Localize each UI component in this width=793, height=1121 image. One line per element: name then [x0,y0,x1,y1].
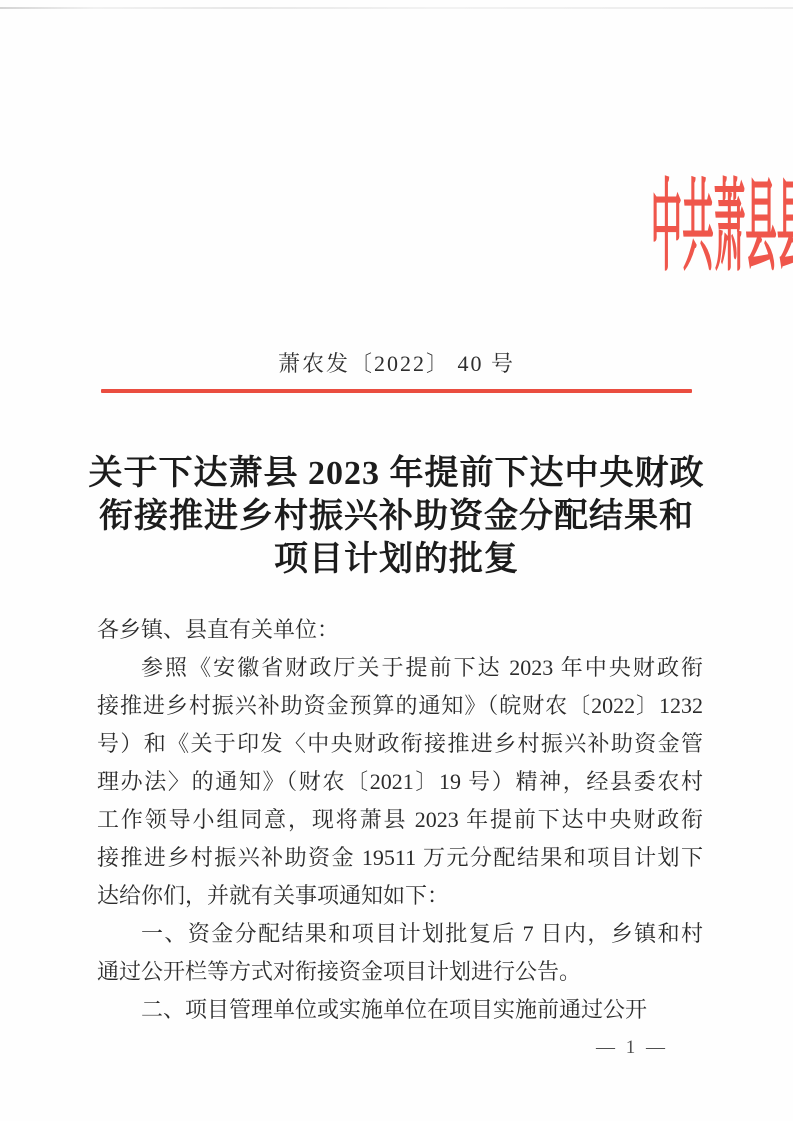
doc-title-line-2: 衔接推进乡村振兴补助资金分配结果和 [0,495,793,538]
doc-title-line-1: 关于下达萧县 2023 年提前下达中央财政 [0,452,793,495]
salutation-line: 各乡镇、县直有关单位： [97,611,703,649]
body-line-item-1: 一、资金分配结果和项目计划批复后 7 日内，乡镇和村 [97,915,703,953]
page-number: — 1 — [596,1036,668,1060]
red-divider-rule [101,389,692,393]
org-header-text: 中共萧县县委农村工作领导小组办公室文件 [651,178,793,278]
body-line-item-2: 二、项目管理单位或实施单位在项目实施前通过公开 [97,991,703,1029]
body-line: 达给你们，并就有关事项通知如下： [97,877,703,915]
scan-edge-artifact [0,7,793,9]
body-text: 各乡镇、县直有关单位： 参照《安徽省财政厅关于提前下达 2023 年中央财政衔 … [97,611,703,1029]
body-line: 号）和《关于印发〈中央财政衔接推进乡村振兴补助资金管 [97,725,703,763]
doc-title: 关于下达萧县 2023 年提前下达中央财政 衔接推进乡村振兴补助资金分配结果和 … [0,452,793,581]
doc-number: 萧农发〔2022〕 40 号 [0,350,793,378]
body-line: 参照《安徽省财政厅关于提前下达 2023 年中央财政衔 [97,649,703,687]
body-line: 理办法〉的通知》（财农〔2021〕19 号）精神，经县委农村 [97,763,703,801]
body-line: 工作领导小组同意，现将萧县 2023 年提前下达中央财政衔 [97,801,703,839]
body-line: 接推进乡村振兴补助资金预算的通知》（皖财农〔2022〕1232 [97,687,703,725]
document-page: 中共萧县县委农村工作领导小组办公室文件 萧农发〔2022〕 40 号 关于下达萧… [0,0,793,1121]
org-header: 中共萧县县委农村工作领导小组办公室文件 [0,178,793,307]
doc-title-line-3: 项目计划的批复 [0,538,793,581]
body-line: 通过公开栏等方式对衔接资金项目计划进行公告。 [97,953,703,991]
body-line: 接推进乡村振兴补助资金 19511 万元分配结果和项目计划下 [97,839,703,877]
